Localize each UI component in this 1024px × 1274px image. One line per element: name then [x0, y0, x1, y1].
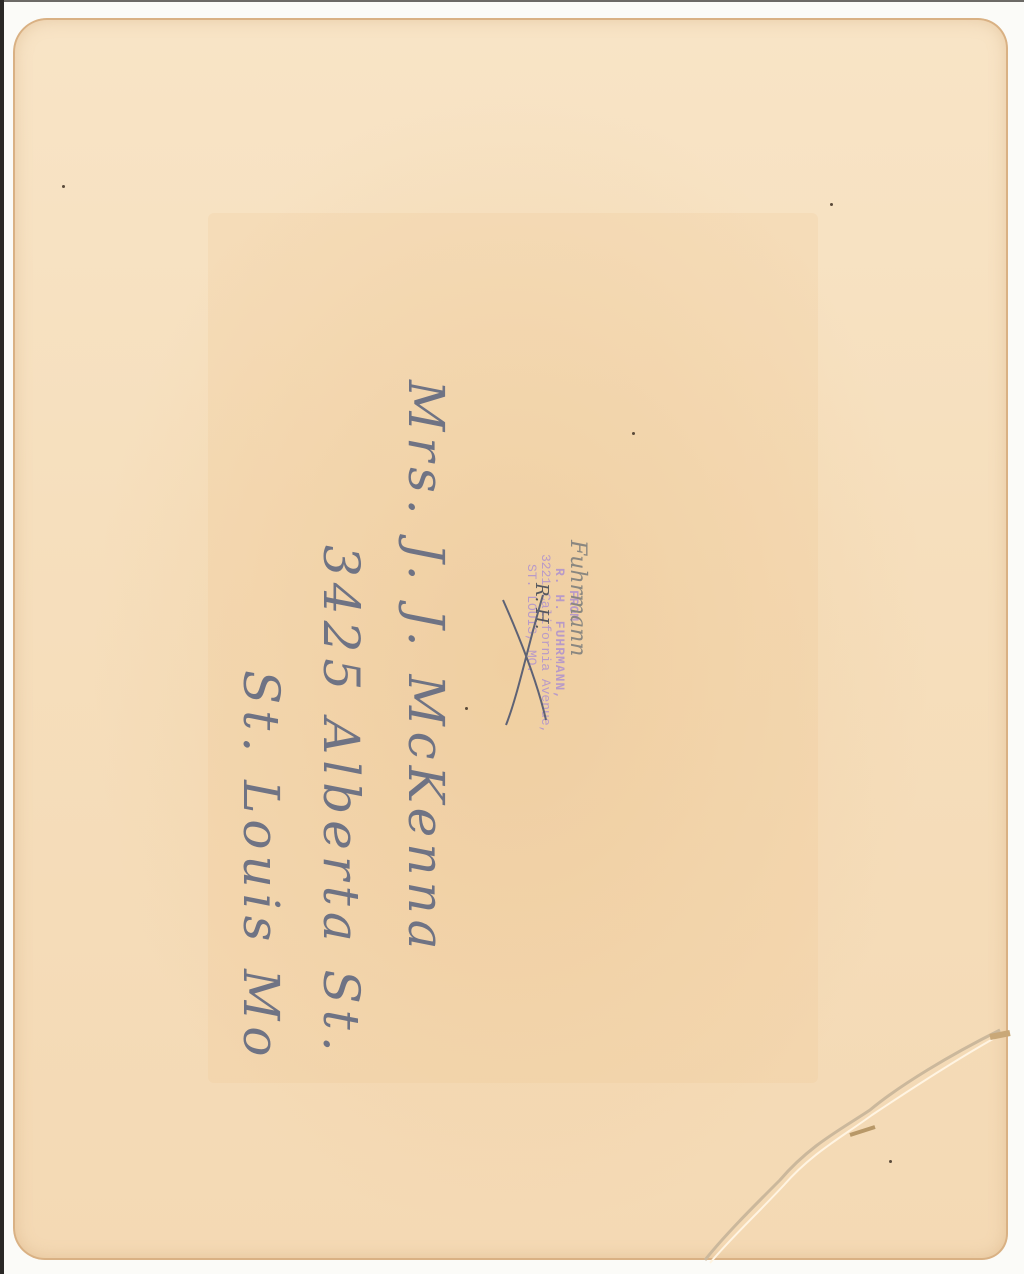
speck — [830, 203, 833, 206]
address-line-2: 3425 Alberta St. — [312, 545, 370, 1058]
speck — [465, 707, 468, 710]
scan-edge-left — [0, 0, 4, 1274]
cross-out-mark — [498, 585, 558, 735]
speck — [632, 432, 635, 435]
speck — [889, 1160, 892, 1163]
speck — [62, 185, 65, 188]
handwritten-signature: Fuhrmann — [565, 540, 590, 656]
scan-edge-top — [0, 0, 1024, 2]
address-line-1: Mrs. J. J. McKenna — [397, 380, 455, 955]
address-line-3: St. Louis Mo — [232, 670, 290, 1062]
